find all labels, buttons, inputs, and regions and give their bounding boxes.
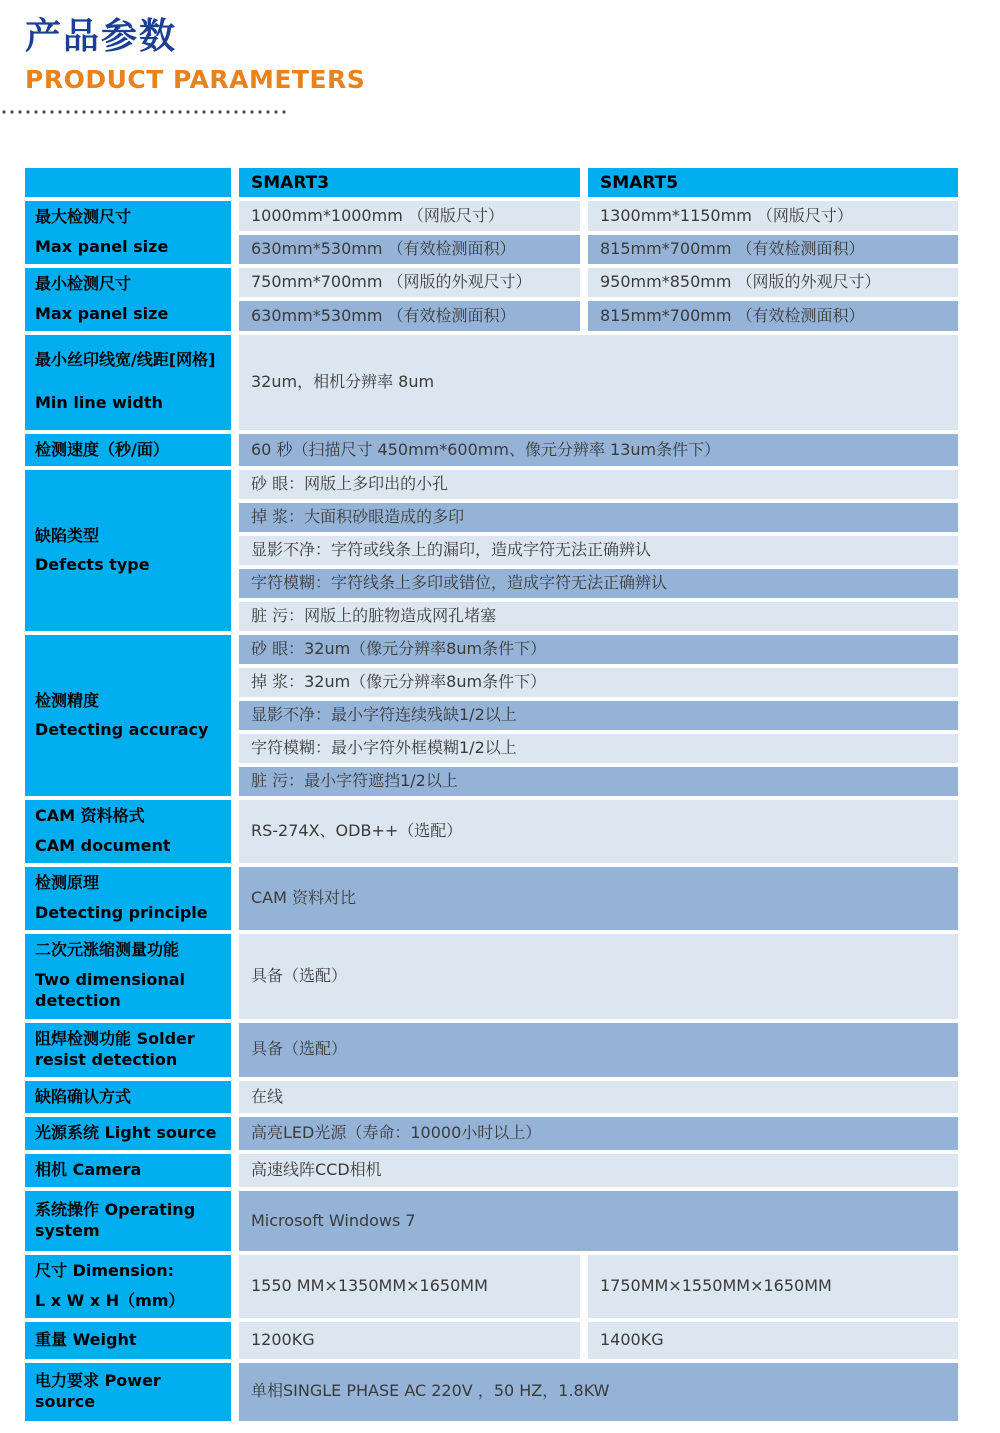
table-row-group: 最大检测尺寸Max panel size1000mm*1000mm （网版尺寸）… [25, 201, 958, 264]
row-values: CAM 资料对比 [239, 867, 958, 930]
value-row: 脏 污：最小字符遮挡1/2以上 [239, 767, 958, 796]
row-label-line: 最小丝印线宽/线距[网格] [35, 350, 225, 371]
table-row-group: 缺陷类型Defects type砂 眼：网版上多印出的小孔掉 浆：大面积砂眼造成… [25, 470, 958, 631]
value-cell: 1000mm*1000mm （网版尺寸） [239, 201, 580, 230]
row-label-line: Max panel size [35, 304, 225, 325]
row-label-line: 检测速度（秒/面） [35, 440, 225, 461]
row-label-line: Detecting principle [35, 903, 225, 924]
value-row: 字符模糊：最小字符外框模糊1/2以上 [239, 734, 958, 763]
value-cell: 高亮LED光源（寿命：10000小时以上） [239, 1117, 958, 1150]
value-row: 砂 眼：32um（像元分辨率8um条件下） [239, 635, 958, 664]
value-row: 1200KG1400KG [239, 1322, 958, 1359]
value-row: 字符模糊：字符线条上多印或错位，造成字符无法正确辨认 [239, 569, 958, 598]
value-cell: 高速线阵CCD相机 [239, 1154, 958, 1187]
value-cell: 单相SINGLE PHASE AC 220V ，50 HZ，1.8KW [239, 1363, 958, 1421]
row-label-line: 二次元涨缩测量功能 [35, 940, 225, 961]
value-cell: 砂 眼：32um（像元分辨率8um条件下） [239, 635, 958, 664]
table-row-group: 相机 Camera高速线阵CCD相机 [25, 1154, 958, 1187]
value-row: 1000mm*1000mm （网版尺寸）1300mm*1150mm （网版尺寸） [239, 201, 958, 230]
value-cell: 1300mm*1150mm （网版尺寸） [588, 201, 958, 230]
row-label: 检测精度Detecting accuracy [25, 635, 231, 796]
row-label-line: Max panel size [35, 237, 225, 258]
row-label: 缺陷确认方式 [25, 1081, 231, 1114]
row-values: 1000mm*1000mm （网版尺寸）1300mm*1150mm （网版尺寸）… [239, 201, 958, 264]
row-label: 重量 Weight [25, 1322, 231, 1359]
value-row: RS-274X、ODB++（选配） [239, 800, 958, 863]
value-cell: 砂 眼：网版上多印出的小孔 [239, 470, 958, 499]
value-row: 掉 浆：32um（像元分辨率8um条件下） [239, 668, 958, 697]
value-cell: 字符模糊：字符线条上多印或错位，造成字符无法正确辨认 [239, 569, 958, 598]
row-label-line: 最小检测尺寸 [35, 274, 225, 295]
value-row: 630mm*530mm （有效检测面积）815mm*700mm （有效检测面积） [239, 235, 958, 264]
row-label-line: 光源系统 Light source [35, 1123, 225, 1144]
row-label: 尺寸 Dimension:L x W x H（mm） [25, 1255, 231, 1318]
value-row: 高亮LED光源（寿命：10000小时以上） [239, 1117, 958, 1150]
value-cell: 815mm*700mm （有效检测面积） [588, 301, 958, 330]
value-cell: 60 秒（扫描尺寸 450mm*600mm、像元分辨率 13um条件下） [239, 434, 958, 467]
value-cell: 1750MM×1550MM×1650MM [588, 1255, 958, 1318]
value-row: 掉 浆：大面积砂眼造成的多印 [239, 503, 958, 532]
row-label-line: 最大检测尺寸 [35, 207, 225, 228]
value-row: 60 秒（扫描尺寸 450mm*600mm、像元分辨率 13um条件下） [239, 434, 958, 467]
value-cell: 750mm*700mm （网版的外观尺寸） [239, 268, 580, 297]
spec-table: SMART3 SMART5 最大检测尺寸Max panel size1000mm… [25, 168, 958, 1420]
value-row: 32um，相机分辨率 8um [239, 335, 958, 430]
value-row: 显影不净：字符或线条上的漏印，造成字符无法正确辨认 [239, 536, 958, 565]
table-row-group: 缺陷确认方式在线 [25, 1081, 958, 1114]
value-row: 脏 污：网版上的脏物造成网孔堵塞 [239, 602, 958, 631]
value-cell: 具备（选配） [239, 934, 958, 1019]
column-header-empty [25, 168, 231, 197]
row-values: 1550 MM×1350MM×1650MM1750MM×1550MM×1650M… [239, 1255, 958, 1318]
row-values: 32um，相机分辨率 8um [239, 335, 958, 430]
value-row: 具备（选配） [239, 1023, 958, 1077]
row-label: 检测速度（秒/面） [25, 434, 231, 467]
row-label-line: Min line width [35, 393, 225, 414]
page: 产品参数 PRODUCT PARAMETERS SMART3 SMART5 最大… [0, 0, 1000, 1433]
value-row: 砂 眼：网版上多印出的小孔 [239, 470, 958, 499]
row-label-line: 电力要求 Power source [35, 1371, 225, 1413]
row-values: 砂 眼：32um（像元分辨率8um条件下）掉 浆：32um（像元分辨率8um条件… [239, 635, 958, 796]
row-values: 高速线阵CCD相机 [239, 1154, 958, 1187]
row-label: 阻焊检测功能 Solder resist detection [25, 1023, 231, 1077]
row-label: 电力要求 Power source [25, 1363, 231, 1421]
value-cell: 950mm*850mm （网版的外观尺寸） [588, 268, 958, 297]
row-label-line: Defects type [35, 555, 225, 576]
row-label-line: 缺陷确认方式 [35, 1087, 225, 1108]
value-row: 630mm*530mm （有效检测面积）815mm*700mm （有效检测面积） [239, 301, 958, 330]
table-row-group: 检测原理Detecting principleCAM 资料对比 [25, 867, 958, 930]
row-label-line: Detecting accuracy [35, 720, 225, 741]
row-label: 缺陷类型Defects type [25, 470, 231, 631]
row-label: 最小丝印线宽/线距[网格]Min line width [25, 335, 231, 430]
value-cell: 脏 污：网版上的脏物造成网孔堵塞 [239, 602, 958, 631]
row-values: 具备（选配） [239, 934, 958, 1019]
table-row-group: 尺寸 Dimension:L x W x H（mm）1550 MM×1350MM… [25, 1255, 958, 1318]
page-title: 产品参数 [25, 16, 1000, 57]
row-values: 750mm*700mm （网版的外观尺寸）950mm*850mm （网版的外观尺… [239, 268, 958, 331]
table-header-row: SMART3 SMART5 [25, 168, 958, 197]
page-subtitle: PRODUCT PARAMETERS [25, 65, 1000, 94]
value-row: 高速线阵CCD相机 [239, 1154, 958, 1187]
row-label: 相机 Camera [25, 1154, 231, 1187]
row-values: Microsoft Windows 7 [239, 1191, 958, 1251]
row-label: 最小检测尺寸Max panel size [25, 268, 231, 331]
row-label-line: 检测精度 [35, 691, 225, 712]
row-label: 最大检测尺寸Max panel size [25, 201, 231, 264]
row-label-line: CAM document [35, 836, 225, 857]
value-cell: 脏 污：最小字符遮挡1/2以上 [239, 767, 958, 796]
row-label-line: L x W x H（mm） [35, 1291, 225, 1312]
value-row: 在线 [239, 1081, 958, 1114]
value-cell: RS-274X、ODB++（选配） [239, 800, 958, 863]
value-row: Microsoft Windows 7 [239, 1191, 958, 1251]
value-cell: 掉 浆：大面积砂眼造成的多印 [239, 503, 958, 532]
table-row-group: 系统操作 Operating systemMicrosoft Windows 7 [25, 1191, 958, 1251]
row-values: 高亮LED光源（寿命：10000小时以上） [239, 1117, 958, 1150]
table-row-group: 检测精度Detecting accuracy砂 眼：32um（像元分辨率8um条… [25, 635, 958, 796]
value-row: 具备（选配） [239, 934, 958, 1019]
value-row: 单相SINGLE PHASE AC 220V ，50 HZ，1.8KW [239, 1363, 958, 1421]
table-row-group: 电力要求 Power source单相SINGLE PHASE AC 220V … [25, 1363, 958, 1421]
row-label-line: 相机 Camera [35, 1160, 225, 1181]
row-values: RS-274X、ODB++（选配） [239, 800, 958, 863]
row-values: 在线 [239, 1081, 958, 1114]
row-label: 光源系统 Light source [25, 1117, 231, 1150]
value-row: 显影不净：最小字符连续残缺1/2以上 [239, 701, 958, 730]
value-row: 750mm*700mm （网版的外观尺寸）950mm*850mm （网版的外观尺… [239, 268, 958, 297]
row-label-line: 检测原理 [35, 873, 225, 894]
row-values: 砂 眼：网版上多印出的小孔掉 浆：大面积砂眼造成的多印显影不净：字符或线条上的漏… [239, 470, 958, 631]
table-row-group: CAM 资料格式CAM documentRS-274X、ODB++（选配） [25, 800, 958, 863]
row-values: 60 秒（扫描尺寸 450mm*600mm、像元分辨率 13um条件下） [239, 434, 958, 467]
value-cell: 1550 MM×1350MM×1650MM [239, 1255, 580, 1318]
row-label-line: Two dimensional detection [35, 970, 225, 1012]
row-label-line: CAM 资料格式 [35, 806, 225, 827]
value-cell: CAM 资料对比 [239, 867, 958, 930]
dotted-divider [0, 110, 290, 114]
value-cell: 在线 [239, 1081, 958, 1114]
row-label: 检测原理Detecting principle [25, 867, 231, 930]
value-cell: 显影不净：最小字符连续残缺1/2以上 [239, 701, 958, 730]
column-header-smart3: SMART3 [239, 168, 580, 197]
value-cell: 掉 浆：32um（像元分辨率8um条件下） [239, 668, 958, 697]
value-cell: 815mm*700mm （有效检测面积） [588, 235, 958, 264]
row-label-line: 阻焊检测功能 Solder resist detection [35, 1029, 225, 1071]
column-header-smart5: SMART5 [588, 168, 958, 197]
row-values: 单相SINGLE PHASE AC 220V ，50 HZ，1.8KW [239, 1363, 958, 1421]
row-label-line: 尺寸 Dimension: [35, 1261, 225, 1282]
table-row-group: 二次元涨缩测量功能Two dimensional detection具备（选配） [25, 934, 958, 1019]
value-cell: 630mm*530mm （有效检测面积） [239, 235, 580, 264]
row-label: 二次元涨缩测量功能Two dimensional detection [25, 934, 231, 1019]
value-cell: 32um，相机分辨率 8um [239, 335, 958, 430]
value-row: 1550 MM×1350MM×1650MM1750MM×1550MM×1650M… [239, 1255, 958, 1318]
value-cell: 1200KG [239, 1322, 580, 1359]
table-row-group: 检测速度（秒/面）60 秒（扫描尺寸 450mm*600mm、像元分辨率 13u… [25, 434, 958, 467]
row-label: 系统操作 Operating system [25, 1191, 231, 1251]
value-cell: 字符模糊：最小字符外框模糊1/2以上 [239, 734, 958, 763]
page-heading: 产品参数 PRODUCT PARAMETERS [0, 0, 1000, 94]
value-row: CAM 资料对比 [239, 867, 958, 930]
row-label-line: 重量 Weight [35, 1330, 225, 1351]
table-row-group: 阻焊检测功能 Solder resist detection具备（选配） [25, 1023, 958, 1077]
table-row-group: 重量 Weight1200KG1400KG [25, 1322, 958, 1359]
value-cell: Microsoft Windows 7 [239, 1191, 958, 1251]
row-label: CAM 资料格式CAM document [25, 800, 231, 863]
row-label-line: 系统操作 Operating system [35, 1200, 225, 1242]
table-row-group: 最小检测尺寸Max panel size750mm*700mm （网版的外观尺寸… [25, 268, 958, 331]
value-cell: 630mm*530mm （有效检测面积） [239, 301, 580, 330]
row-values: 具备（选配） [239, 1023, 958, 1077]
row-label-line: 缺陷类型 [35, 526, 225, 547]
table-row-group: 最小丝印线宽/线距[网格]Min line width32um，相机分辨率 8u… [25, 335, 958, 430]
value-cell: 1400KG [588, 1322, 958, 1359]
value-cell: 显影不净：字符或线条上的漏印，造成字符无法正确辨认 [239, 536, 958, 565]
value-cell: 具备（选配） [239, 1023, 958, 1077]
table-row-group: 光源系统 Light source高亮LED光源（寿命：10000小时以上） [25, 1117, 958, 1150]
row-values: 1200KG1400KG [239, 1322, 958, 1359]
